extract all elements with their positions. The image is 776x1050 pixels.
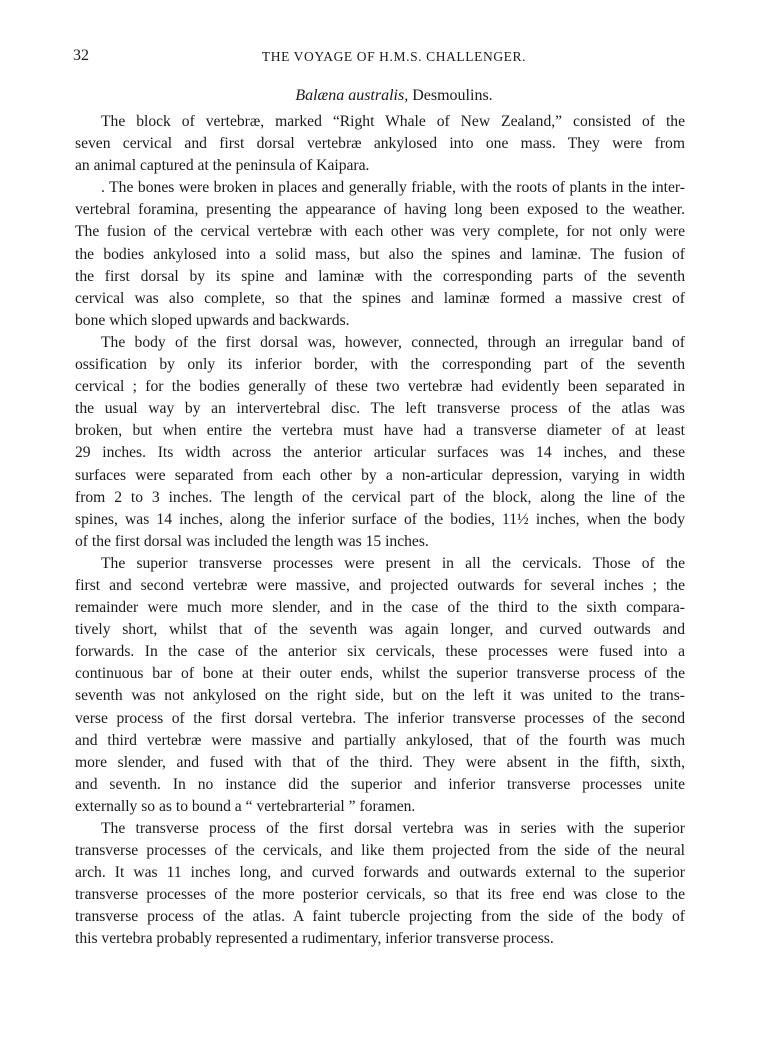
text-line: broken, but when entire the vertebra mus… bbox=[49, 420, 685, 442]
text-line: verse process of the first dorsal verteb… bbox=[49, 708, 685, 730]
paragraph: The body of the first dorsal was, howeve… bbox=[75, 332, 711, 553]
text-line: The body of the first dorsal was, howeve… bbox=[75, 332, 685, 354]
text-line: the bodies ankylosed into a solid mass, … bbox=[49, 244, 685, 266]
text-line: of the first dorsal was included the len… bbox=[49, 531, 685, 553]
text-line: remainder were much more slender, and in… bbox=[49, 597, 685, 619]
paragraph: The superior transverse processes were p… bbox=[75, 553, 711, 818]
text-line: cervical ; for the bodies generally of t… bbox=[49, 376, 685, 398]
running-head: 32 THE VOYAGE OF H.M.S. CHALLENGER. bbox=[75, 47, 713, 67]
text-line: transverse process of the atlas. A faint… bbox=[49, 906, 685, 928]
text-line: the usual way by an intervertebral disc.… bbox=[49, 398, 685, 420]
text-line: arch. It was 11 inches long, and curved … bbox=[49, 862, 685, 884]
text-line: this vertebra probably represented a rud… bbox=[49, 928, 685, 950]
text-line: continuous bar of bone at their outer en… bbox=[49, 663, 685, 685]
text-line: spines, was 14 inches, along the inferio… bbox=[49, 509, 685, 531]
body-text: The block of vertebræ, marked “Right Wha… bbox=[75, 111, 711, 951]
text-line: and seventh. In no instance did the supe… bbox=[49, 774, 685, 796]
paragraph: . The bones were broken in places and ge… bbox=[75, 177, 711, 332]
text-line: The block of vertebræ, marked “Right Wha… bbox=[75, 111, 685, 133]
text-line: the first dorsal by its spine and laminæ… bbox=[49, 266, 685, 288]
text-line: and third vertebræ were massive and part… bbox=[49, 730, 685, 752]
text-line: transverse processes of the more posteri… bbox=[49, 884, 685, 906]
paragraph: The block of vertebræ, marked “Right Wha… bbox=[75, 111, 711, 177]
text-line: vertebral foramina, presenting the appea… bbox=[49, 199, 685, 221]
text-line: The fusion of the cervical vertebræ with… bbox=[49, 221, 685, 243]
text-line: bone which sloped upwards and backwards. bbox=[49, 310, 685, 332]
text-line: transverse processes of the cervicals, a… bbox=[49, 840, 685, 862]
section-title: Balæna australis, Desmoulins. bbox=[75, 87, 713, 105]
paragraph: The transverse process of the first dors… bbox=[75, 818, 711, 951]
text-line: . The bones were broken in places and ge… bbox=[75, 177, 685, 199]
text-line: cervical was also complete, so that the … bbox=[49, 288, 685, 310]
species-authority: Desmoulins. bbox=[408, 87, 492, 104]
species-name: Balæna australis, bbox=[295, 87, 408, 104]
text-line: first and second vertebræ were massive, … bbox=[49, 575, 685, 597]
text-line: more slender, and fused with that of the… bbox=[49, 752, 685, 774]
text-line: The transverse process of the first dors… bbox=[75, 818, 685, 840]
text-line: surfaces were separated from each other … bbox=[49, 465, 685, 487]
text-line: seventh was not ankylosed on the right s… bbox=[49, 685, 685, 707]
text-line: tively short, whilst that of the seventh… bbox=[49, 619, 685, 641]
text-line: from 2 to 3 inches. The length of the ce… bbox=[49, 487, 685, 509]
text-line: ossification by only its inferior border… bbox=[49, 354, 685, 376]
text-line: seven cervical and first dorsal vertebræ… bbox=[49, 133, 685, 155]
text-line: externally so as to bound a “ vertebrart… bbox=[49, 796, 685, 818]
running-title: THE VOYAGE OF H.M.S. CHALLENGER. bbox=[75, 49, 713, 65]
text-line: an animal captured at the peninsula of K… bbox=[49, 155, 685, 177]
text-line: 29 inches. Its width across the anterior… bbox=[49, 442, 685, 464]
text-line: forwards. In the case of the anterior si… bbox=[49, 641, 685, 663]
text-line: The superior transverse processes were p… bbox=[75, 553, 685, 575]
